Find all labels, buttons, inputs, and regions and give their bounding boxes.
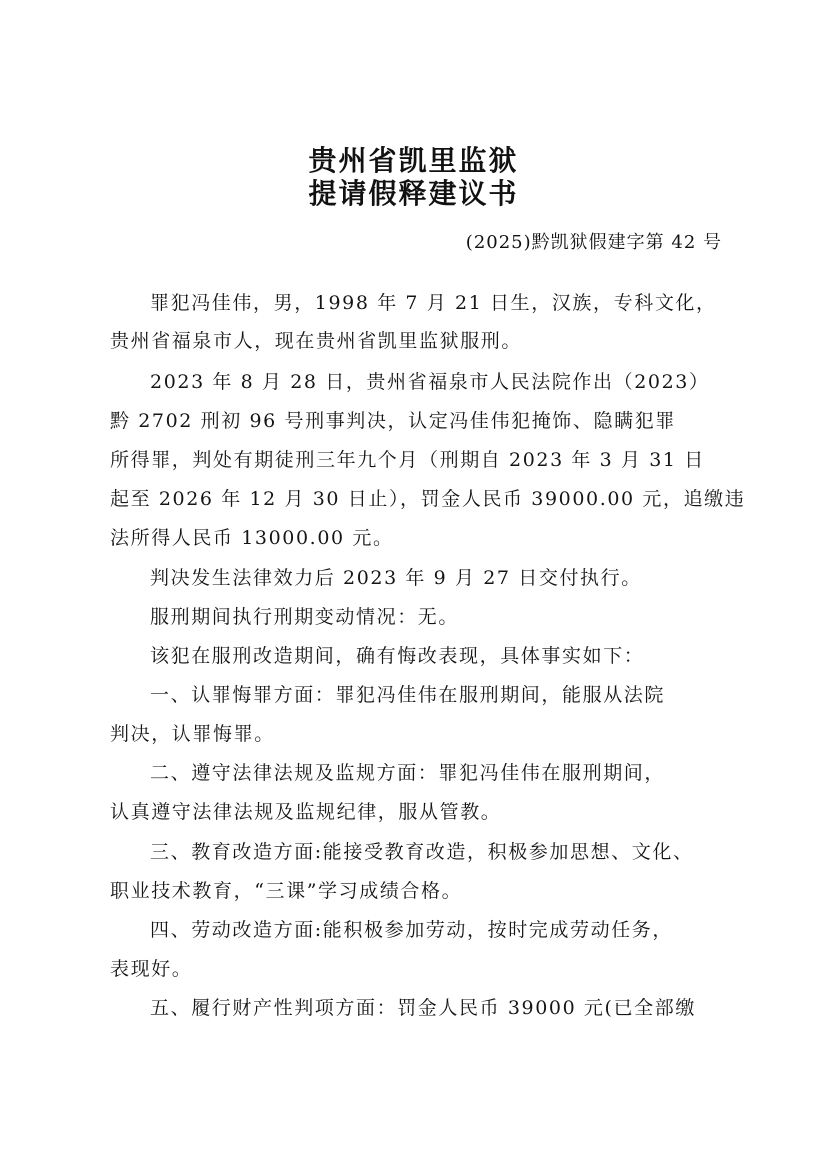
document-title-org: 贵州省凯里监狱: [0, 145, 827, 177]
section-4-labor-cont: 表现好。: [110, 955, 192, 983]
document-page: 贵州省凯里监狱 提请假释建议书 (2025)黔凯狱假建字第 42 号 罪犯冯佳伟…: [0, 0, 827, 1169]
section-5-property: 五、履行财产性判项方面：罚金人民币 39000 元(已全部缴: [150, 994, 696, 1022]
para-facts-intro: 该犯在服刑改造期间，确有悔改表现，具体事实如下：: [150, 642, 644, 670]
para-judgment: 2023 年 8 月 28 日，贵州省福泉市人民法院作出（2023）: [150, 368, 710, 396]
document-title-type: 提请假释建议书: [0, 178, 827, 210]
para-judgment-cont-3: 起至 2026 年 12 月 30 日止），罚金人民币 39000.00 元，追…: [110, 485, 745, 513]
section-3-education: 三、教育改造方面:能接受教育改造，积极参加思想、文化、: [150, 838, 694, 866]
section-2-compliance: 二、遵守法律法规及监规方面：罪犯冯佳伟在服刑期间，: [150, 759, 665, 787]
para-judgment-cont-2: 所得罪，判处有期徒刑三年九个月（刑期自 2023 年 3 月 31 日: [110, 446, 705, 474]
section-4-labor: 四、劳动改造方面:能积极参加劳动，按时完成劳动任务，: [150, 916, 673, 944]
para-sentence-change: 服刑期间执行刑期变动情况：无。: [150, 603, 459, 631]
section-1-repentance-cont: 判决，认罪悔罪。: [110, 720, 275, 748]
document-number: (2025)黔凯狱假建字第 42 号: [466, 230, 722, 256]
para-judgment-cont-4: 法所得人民币 13000.00 元。: [110, 524, 394, 552]
section-2-compliance-cont: 认真遵守法律法规及监规纪律，服从管教。: [110, 798, 501, 826]
para-judgment-cont-1: 黔 2702 刑初 96 号刑事判决，认定冯佳伟犯掩饰、隐瞒犯罪: [110, 407, 676, 435]
para-execution: 判决发生法律效力后 2023 年 9 月 27 日交付执行。: [150, 564, 642, 592]
para-personal-info: 罪犯冯佳伟，男，1998 年 7 月 21 日生，汉族，专科文化，: [150, 289, 717, 317]
para-personal-info-cont: 贵州省福泉市人，现在贵州省凯里监狱服刑。: [110, 327, 522, 355]
section-1-repentance: 一、认罪悔罪方面：罪犯冯佳伟在服刑期间，能服从法院: [150, 681, 665, 709]
section-3-education-cont: 职业技术教育，“三课”学习成绩合格。: [110, 877, 462, 905]
